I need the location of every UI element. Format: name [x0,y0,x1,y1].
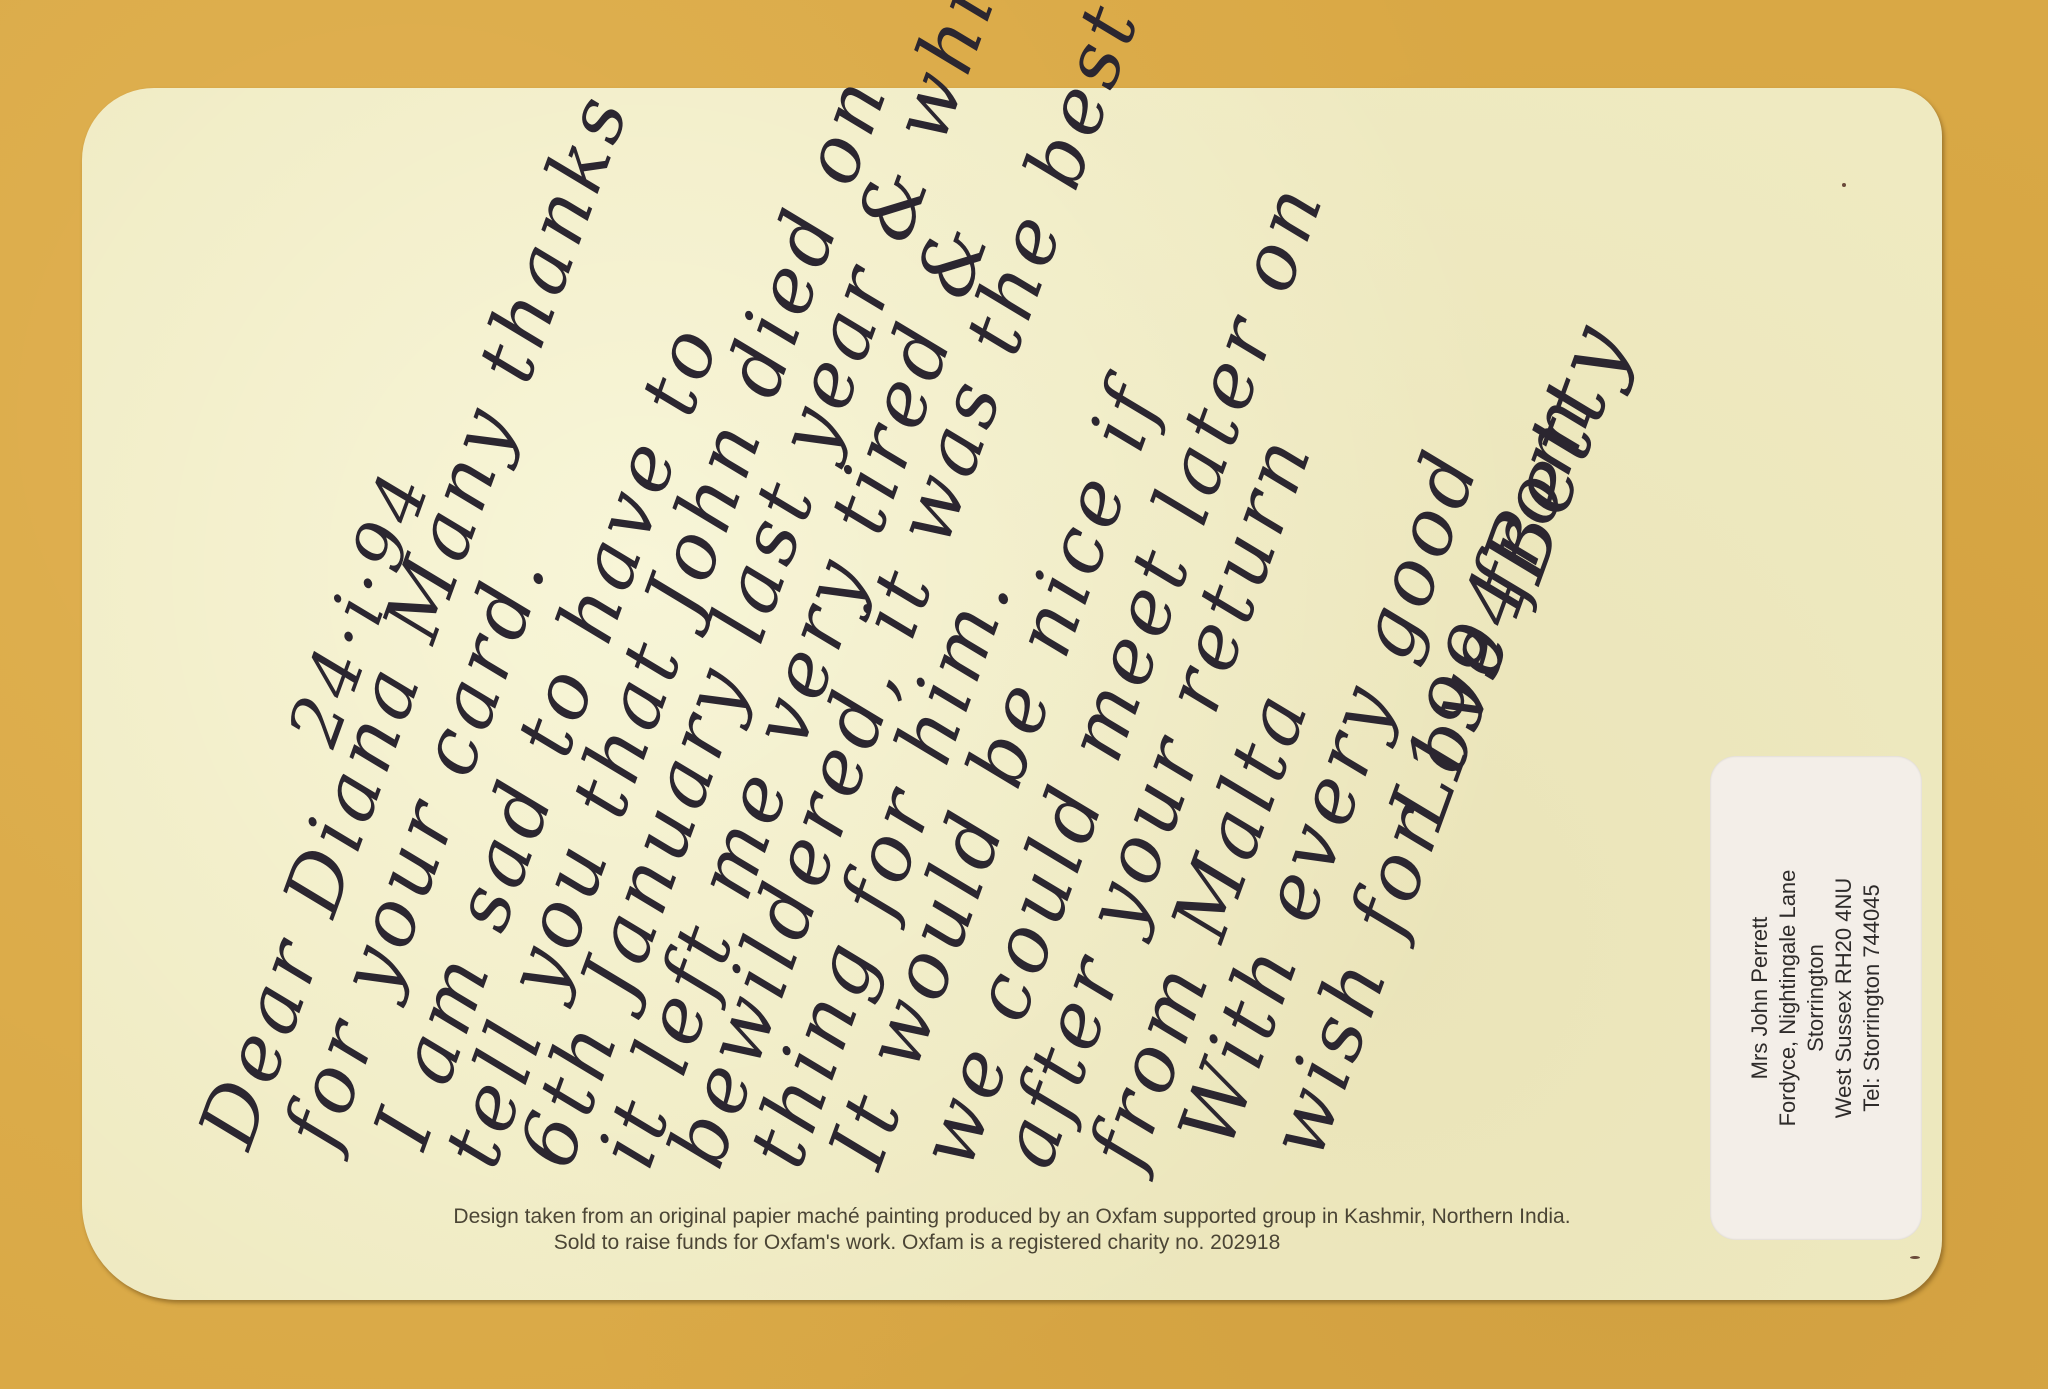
address-street: Fordyce, Nightingale Lane [1774,768,1802,1228]
footer-line-charity: Sold to raise funds for Oxfam's work. Ox… [0,1230,1942,1256]
printed-footer: Design taken from an original papier mac… [82,1204,1942,1256]
greeting-card: Dear Diana Many thanks 24·i·94 for your … [82,88,1942,1300]
address-label-text: Mrs John Perrett Fordyce, Nightingale La… [1746,768,1886,1228]
handwritten-signature: Betty [1462,307,1650,593]
address-name: Mrs John Perrett [1746,768,1774,1228]
handwritten-message: Dear Diana Many thanks 24·i·94 for your … [82,88,1942,1300]
address-county-postcode: West Sussex RH20 4NU [1830,768,1858,1228]
ink-mark [1910,1256,1920,1259]
address-telephone: Tel: Storrington 744045 [1858,768,1886,1228]
address-label: Mrs John Perrett Fordyce, Nightingale La… [1710,756,1922,1240]
footer-line-design-credit: Design taken from an original papier mac… [82,1204,1942,1230]
paper-speck [1842,183,1846,187]
address-town: Storrington [1802,768,1830,1228]
